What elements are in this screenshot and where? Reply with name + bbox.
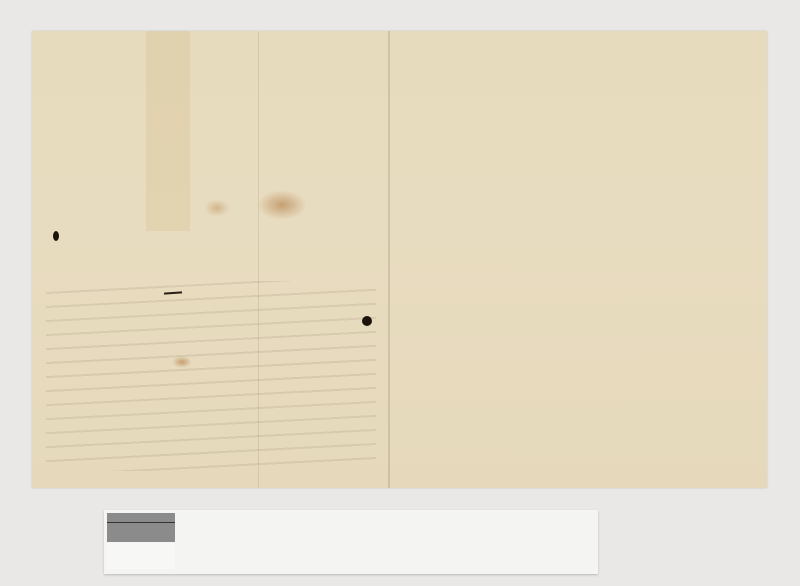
left-page [32, 31, 388, 488]
bleed-through-text [46, 281, 376, 471]
color-calibration-target [104, 510, 598, 574]
closing-remain [141, 201, 143, 217]
ink-blot [362, 316, 372, 326]
grayscale-strip [175, 543, 593, 569]
foxing-stain [172, 356, 192, 368]
ruler-baseline [107, 522, 175, 523]
scale-ruler [107, 513, 175, 542]
right-page-text [396, 47, 762, 67]
color-swatches [175, 513, 595, 542]
manuscript-letter [32, 31, 767, 488]
left-page-text [40, 31, 383, 39]
ink-blot [53, 231, 59, 241]
foxing-stain [204, 199, 230, 217]
closing-line [141, 201, 143, 217]
right-page [390, 31, 767, 488]
foxing-stain [257, 190, 307, 220]
white-patch [107, 543, 175, 569]
